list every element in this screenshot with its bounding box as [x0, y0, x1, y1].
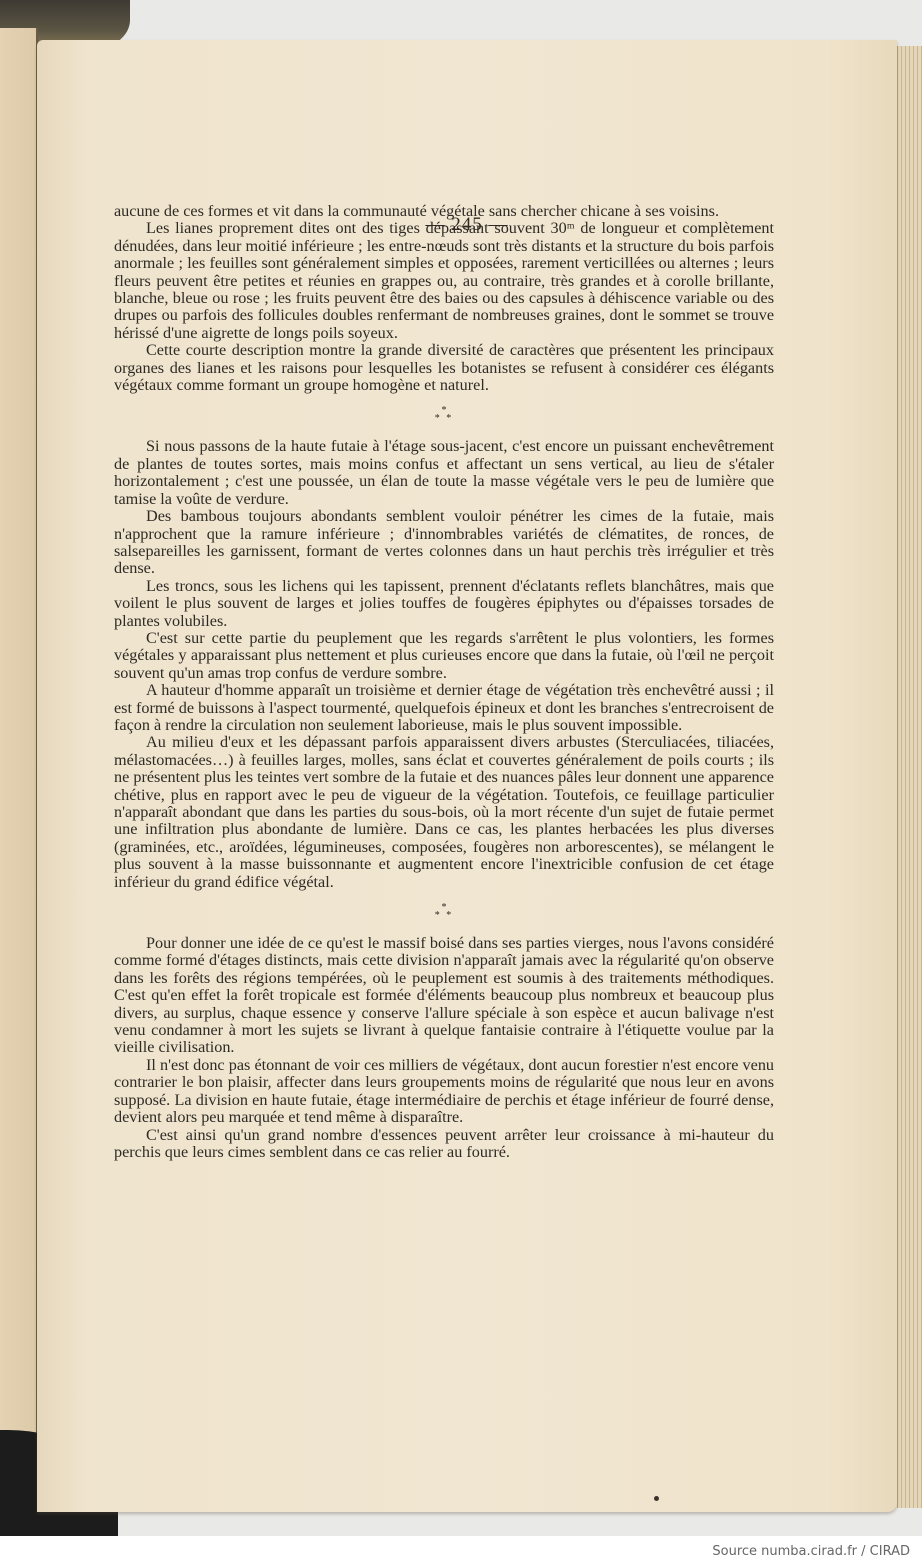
section-2: Si nous passons de la haute futaie à l'é… [114, 438, 774, 891]
asterism-bottom: * * [114, 907, 774, 924]
asterism-bottom: * * [114, 410, 774, 427]
paragraph: Les lianes proprement dites ont des tige… [114, 220, 774, 342]
page-stack-edges [897, 46, 922, 1508]
paragraph: Il n'est donc pas étonnant de voir ces m… [114, 1057, 774, 1127]
paragraph: Cette courte description montre la grand… [114, 342, 774, 394]
paragraph: aucune de ces formes et vit dans la comm… [114, 203, 774, 220]
section-3: Pour donner une idée de ce qu'est le mas… [114, 935, 774, 1161]
paragraph: Au milieu d'eux et les dépassant parfois… [114, 734, 774, 891]
left-page-edge [0, 28, 38, 1458]
paragraph: Pour donner une idée de ce qu'est le mas… [114, 935, 774, 1057]
paragraph: C'est ainsi qu'un grand nombre d'essence… [114, 1127, 774, 1162]
section-break: * * * [114, 394, 774, 438]
paragraph: Si nous passons de la haute futaie à l'é… [114, 438, 774, 508]
book-scan: — 245 — aucune de ces formes et vit dans… [0, 0, 922, 1536]
paragraph: C'est sur cette partie du peuplement que… [114, 630, 774, 682]
paragraph: A hauteur d'homme apparaît un troisième … [114, 682, 774, 734]
paper-speck [654, 1496, 659, 1501]
paragraph: Des bambous toujours abondants semblent … [114, 508, 774, 578]
source-credit: Source numba.cirad.fr / CIRAD [712, 1544, 910, 1559]
section-break: * * * [114, 891, 774, 935]
page-body: aucune de ces formes et vit dans la comm… [114, 203, 774, 1161]
section-1: aucune de ces formes et vit dans la comm… [114, 203, 774, 394]
paragraph: Les troncs, sous les lichens qui les tap… [114, 578, 774, 630]
